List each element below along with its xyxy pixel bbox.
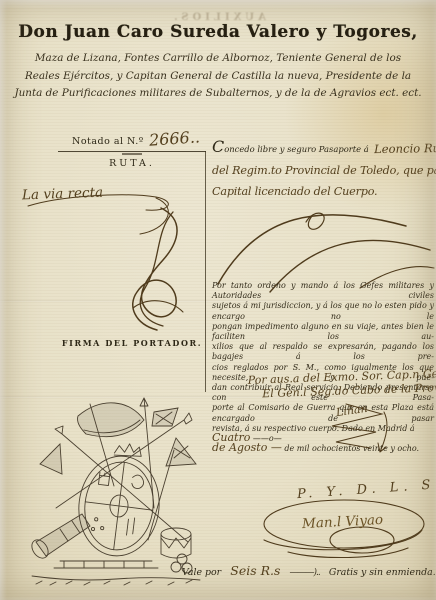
valuation-line: Vale por Seis R.s ———).. Gratis y sin en… bbox=[182, 560, 436, 579]
body-line: pongan impedimento alguno en su viaje, a… bbox=[212, 322, 434, 342]
bearer-rubric-icon bbox=[115, 202, 207, 340]
bearer-unit: del Regim.to Provincial de Toledo, que p… bbox=[212, 164, 436, 177]
gratis-print: Gratis y sin enmienda. bbox=[329, 567, 436, 578]
concession-print: Concedo libre y seguro Pasaporte á bbox=[212, 137, 369, 156]
column-divider-horizontal bbox=[58, 151, 206, 155]
document-title: Don Juan Caro Sureda Valero y Togores, bbox=[0, 22, 436, 42]
date-month-script: de Agosto — bbox=[212, 441, 282, 454]
ruta-label: RUTA. bbox=[58, 158, 206, 169]
cabo-rubric-icon bbox=[318, 398, 404, 460]
bearer-name: Leoncio Ruiz, Soldado bbox=[374, 140, 436, 156]
body-line: sujetos á mi jurisdiccion, y á los que n… bbox=[212, 301, 434, 321]
title-line: Junta de Purificaciones militares de Sub… bbox=[0, 85, 436, 103]
title-line: Maza de Lizana, Fontes Carrillo de Albor… bbox=[0, 50, 436, 68]
passport-document: AUXILIOS. Don Juan Caro Sureda Valero y … bbox=[0, 0, 436, 600]
registry-entry: Notado al N.º2666.. bbox=[72, 129, 200, 148]
body-line: xilios que al respaldo se expresarán, pa… bbox=[212, 342, 434, 362]
firma-portador-label: FIRMA DEL PORTADOR. bbox=[58, 338, 206, 348]
registry-number: 2666.. bbox=[148, 127, 200, 150]
title-line: Reales Ejércitos, y Capitan General de C… bbox=[0, 68, 436, 86]
registry-label: Notado al N.º bbox=[72, 136, 144, 147]
vale-amount-script: Seis R.s bbox=[230, 563, 280, 578]
vale-print: Vale por bbox=[182, 567, 221, 578]
titles-block: Maza de Lizana, Fontes Carrillo de Albor… bbox=[0, 50, 436, 103]
concession-block: Concedo libre y seguro Pasaporte á Leonc… bbox=[212, 137, 436, 198]
vale-dash: ———).. bbox=[290, 568, 320, 578]
coat-of-arms-trophy-icon bbox=[26, 390, 204, 590]
body-line: Por tanto ordeno y mando á los Gefes mil… bbox=[212, 281, 434, 301]
